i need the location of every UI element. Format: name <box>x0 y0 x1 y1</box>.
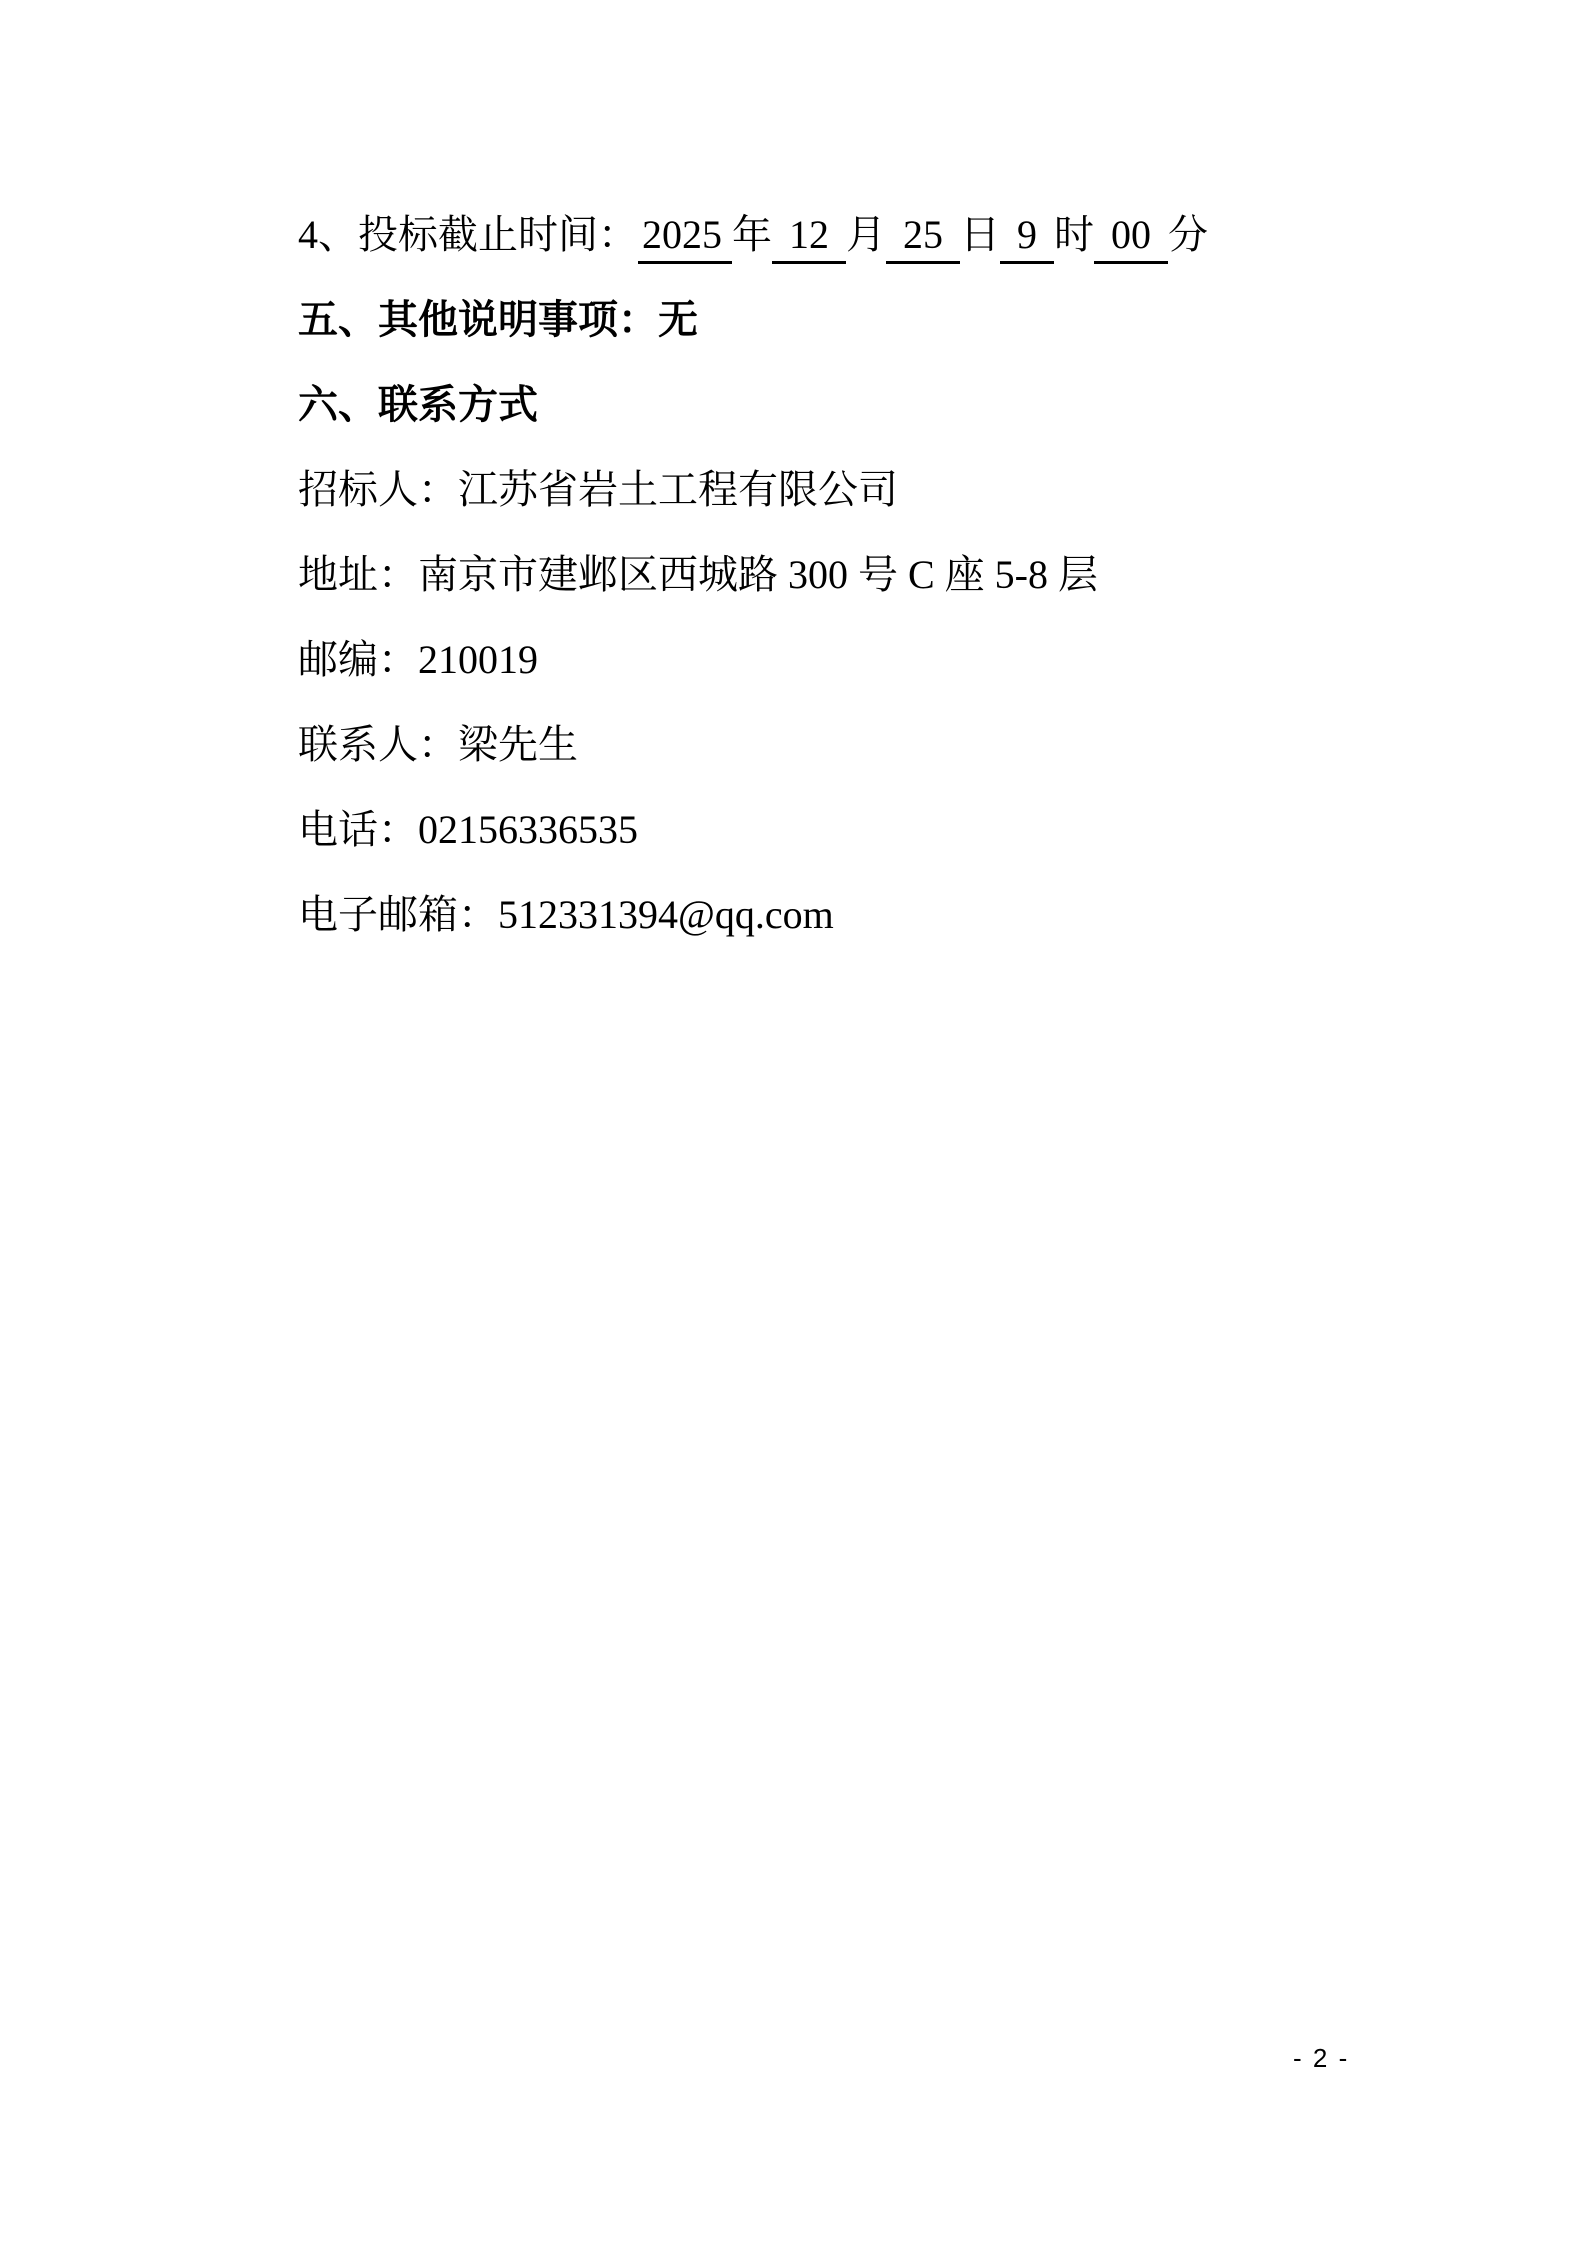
document-body: 4、投标截止时间：2025年12月25日9时00分 五、其他说明事项：无 六、联… <box>298 192 1358 957</box>
contact-line-email: 电子邮箱：512331394@qq.com <box>298 872 1358 957</box>
section-other-notes-heading: 五、其他说明事项：无 <box>298 277 1358 362</box>
contact-label: 联系人： <box>298 722 458 767</box>
contact-label: 招标人： <box>298 467 458 512</box>
contact-line-tenderer: 招标人：江苏省岩土工程有限公司 <box>298 447 1358 532</box>
contact-label: 电话： <box>298 807 418 852</box>
contact-value: 南京市建邺区西城路 300 号 C 座 5-8 层 <box>418 552 1098 597</box>
deadline-minute-unit: 分 <box>1168 212 1208 257</box>
section-contact-heading: 六、联系方式 <box>298 362 1358 447</box>
deadline-prefix: 4、投标截止时间： <box>298 212 638 257</box>
deadline-year-value: 2025 <box>638 212 732 264</box>
contact-line-person: 联系人：梁先生 <box>298 702 1358 787</box>
bid-deadline-line: 4、投标截止时间：2025年12月25日9时00分 <box>298 192 1358 277</box>
deadline-day-value: 25 <box>886 212 960 264</box>
contact-value: 210019 <box>418 637 538 682</box>
deadline-minute-value: 00 <box>1094 212 1168 264</box>
contact-value: 梁先生 <box>458 722 578 767</box>
contact-line-phone: 电话：02156336535 <box>298 787 1358 872</box>
contact-line-postcode: 邮编：210019 <box>298 617 1358 702</box>
deadline-hour-unit: 时 <box>1054 212 1094 257</box>
deadline-month-unit: 月 <box>846 212 886 257</box>
deadline-year-unit: 年 <box>732 212 772 257</box>
deadline-day-unit: 日 <box>960 212 1000 257</box>
contact-label: 邮编： <box>298 637 418 682</box>
contact-value: 512331394@qq.com <box>498 892 834 937</box>
contact-line-address: 地址：南京市建邺区西城路 300 号 C 座 5-8 层 <box>298 532 1358 617</box>
deadline-month-value: 12 <box>772 212 846 264</box>
deadline-hour-value: 9 <box>1000 212 1054 264</box>
contact-label: 电子邮箱： <box>298 892 498 937</box>
contact-value: 江苏省岩土工程有限公司 <box>458 467 898 512</box>
contact-value: 02156336535 <box>418 807 638 852</box>
document-page: 4、投标截止时间：2025年12月25日9时00分 五、其他说明事项：无 六、联… <box>0 0 1587 2245</box>
contact-label: 地址： <box>298 552 418 597</box>
page-number: - 2 - <box>1293 2042 1349 2074</box>
